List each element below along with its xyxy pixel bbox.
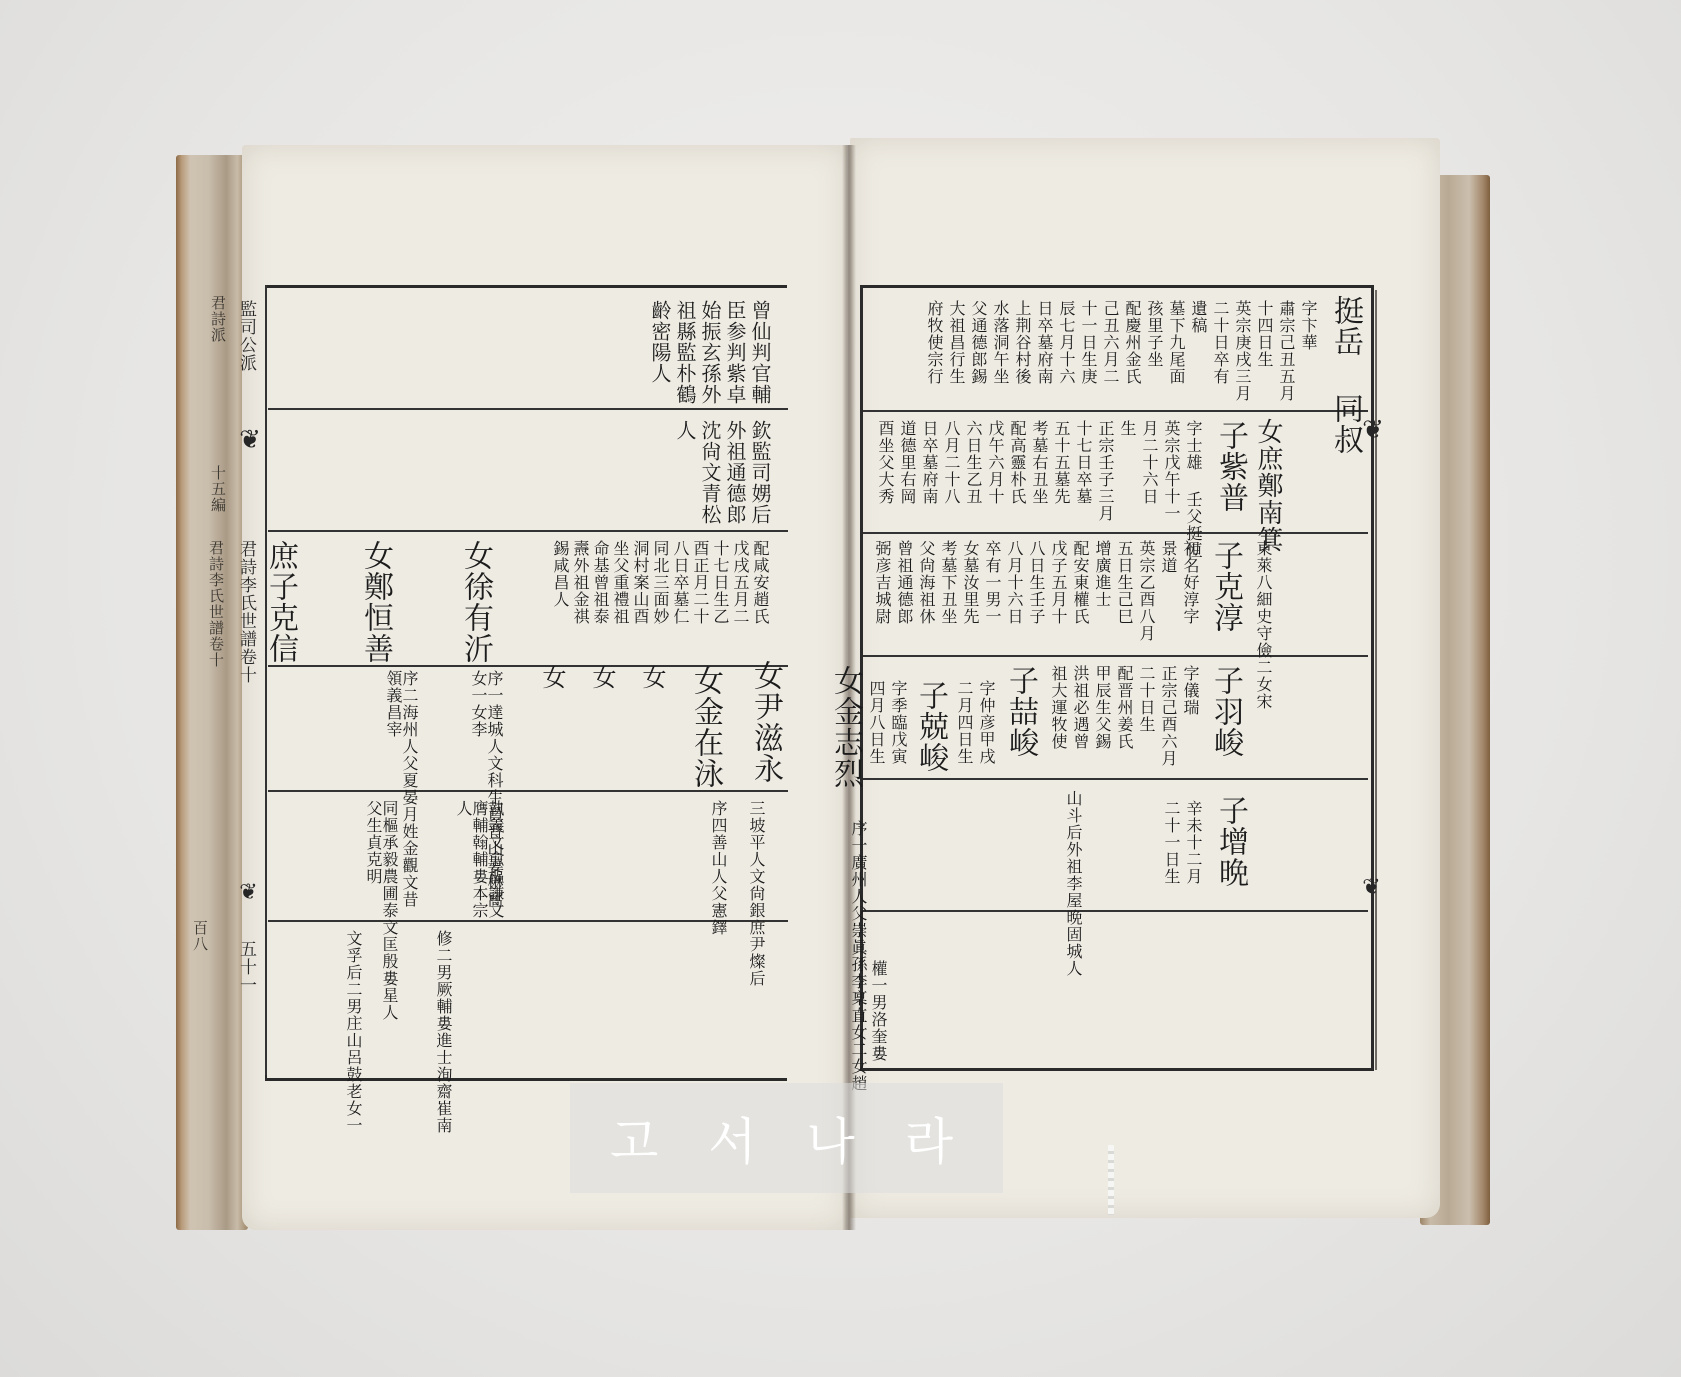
row-divider [268,530,788,532]
spine-page-number: 百八 [192,920,207,952]
text-col: 父尙海祖休 [918,540,934,625]
person-name: 子增晩 [1215,795,1245,888]
text-col: 道德里右岡 [899,420,915,505]
watermark-char: 라 [905,1102,963,1174]
text-col: 酉正月二十 [692,540,708,625]
text-col: 五十五墓先 [1053,420,1069,505]
text-col: 配咸安趙氏 [752,540,768,625]
text-col: 文孚后二男庄山呂鼓老女一 [345,930,361,1134]
text-col: 臣参判紫卓 [725,300,745,405]
text-col: 生 [1119,420,1135,437]
text-col: 日卒墓府南 [921,420,937,505]
spine-text-3: 君詩李氏世譜卷十 [208,540,223,668]
left-margin-rule [265,285,267,1075]
text-col: 八日生壬子 [1028,540,1044,625]
row-divider [268,408,788,410]
text-col: 墓下九尾面 [1168,300,1184,385]
row-divider [863,655,1368,657]
text-col: 配慶州金氏 [1124,300,1140,385]
text-col: 英宗戊午十一 [1163,420,1179,522]
text-col: 辛未十二月 [1185,800,1201,885]
daughter-marker: 女 [590,665,614,690]
row-divider [268,790,788,792]
book-title: 君詩李氏世譜卷十 [237,540,254,684]
right-margin-rule [1375,290,1377,1070]
text-col: 十七日生乙 [712,540,728,625]
text-col: 執義文愈樞謙文膺輔翰輔婁本宗人 [455,800,503,930]
text-col: 始振玄孫外 [700,300,720,405]
text-col: 考墓右丑坐 [1031,420,1047,505]
text-col: 配高靈朴氏 [1009,420,1025,505]
text-col: 正宗壬子三月 [1097,420,1113,522]
text-col: 祖大運牧使 [1050,665,1066,750]
text-col: 序四善山人父憲鐸 [710,800,726,936]
text-col: 字季臨戊寅 [890,680,906,765]
text-col: 英宗庚戌三月 [1234,300,1250,402]
daughter-name: 女金志烈 [830,665,860,789]
text-col: 錫咸昌人 [552,540,568,608]
text-col: 甲辰生父錫 [1094,665,1110,750]
text-col: 增廣進士 [1094,540,1110,608]
text-col: 字卞華 [1300,300,1316,351]
text-col: 卒有一男一 [984,540,1000,625]
text-col: 祖縣監朴鶴 [675,300,695,405]
person-name: 子紫普 [1215,420,1245,513]
text-col: 序一廣州人父崇眞孫李稟直女二女趙 [850,820,866,1100]
text-col: 孩里子坐 [1146,300,1162,368]
text-col: 曾祖通德郎 [896,540,912,625]
text-col: 二十一日生 [1163,800,1179,885]
person-name: 子兢峻 [915,680,945,773]
text-col: 十七日卒墓 [1075,420,1091,505]
text-col: 權一男洛奎婁 [870,960,886,1062]
row-divider [863,410,1368,412]
spine-text-1: 君詩派 [210,295,225,343]
watermark: 고 서 나 라 [570,1083,1003,1193]
text-col: 同北三面妙 [652,540,668,625]
page-number: 五十一 [237,940,254,994]
text-col: 二月四日生 [956,680,972,765]
text-col: 東萊八細史守儉二女宋 [1255,540,1271,710]
text-col: 大祖昌行生 [948,300,964,385]
fish-tail-mark-lower: ❦ [237,880,259,906]
daughter-marker: 女 [640,665,664,690]
person-name: 子克淳 [1210,540,1240,633]
text-col: 曾仙判官輔 [750,300,770,405]
person-name: 子喆峻 [1005,665,1035,758]
text-col: 字儀瑞 [1182,665,1198,716]
text-col: 戊午六月十 [987,420,1003,505]
text-col: 洞村案山酉 [632,540,648,625]
fish-tail-mark: ❦ [237,425,263,456]
text-col: 上荆谷村後 [1014,300,1030,385]
watermark-char: 고 [610,1102,668,1174]
text-col: 八日卒墓仁 [672,540,688,625]
text-col: 女墓汝里先 [962,540,978,625]
text-col: 十一日生庚 [1080,300,1096,385]
text-col: 英宗乙酉八月 [1138,540,1154,642]
text-col: 四月八日生 [868,680,884,765]
text-col: 戊戌五月二 [732,540,748,625]
text-col: 弼彦吉城尉 [874,540,890,625]
text-col: 二十日生 [1138,665,1154,733]
person-name: 女金在泳 [690,665,720,789]
row-divider [863,778,1368,780]
text-col: 修二男厥輔婁進士洵齋崔南 [435,930,451,1134]
person-name: 女尹滋永 [750,660,780,784]
text-col: 字士雄 壬父挺恒 [1185,420,1201,559]
text-col: 沈尙文青松 [700,420,720,525]
text-col: 配晋州姜氏 [1116,665,1132,750]
daughter-marker: 女 [540,665,564,690]
text-col: 日卒墓府南 [1036,300,1052,385]
text-col: 父通德郎錫 [970,300,986,385]
text-col: 六日生乙丑 [965,420,981,505]
text-col: 命基曾祖泰 [592,540,608,625]
fish-tail-mark-right: ❦ [1360,415,1386,446]
daughter-name: 女庶鄭南箕 [1255,418,1281,553]
text-col: 考墓下丑坐 [940,540,956,625]
spine-text-2: 十五編 [210,465,225,513]
text-col: 戊子五月十 [1050,540,1066,625]
text-col: 初名好淳字 [1182,540,1198,625]
text-col: 八月二十八 [943,420,959,505]
text-col: 月二十六日 [1141,420,1157,505]
text-col: 欽監司娚后 [750,420,770,525]
text-col: 五日生己巳 [1116,540,1132,625]
text-col: 酉坐父大秀 [877,420,893,505]
text-col: 府牧使宗行 [926,300,942,385]
text-col: 洪祖必遇曾 [1072,665,1088,750]
text-col: 燾外祖金祺 [572,540,588,625]
text-col: 二十日卒有 [1212,300,1228,385]
text-col: 配安東權氏 [1072,540,1088,625]
text-col: 景道 [1160,540,1176,574]
text-col: 外祖通德郎 [725,420,745,525]
text-col: 辰七月十六 [1058,300,1074,385]
text-col: 遺稿 [1190,300,1206,334]
text-col: 字仲彦甲戌 [978,680,994,765]
person-name: 挺岳 同叔 [1330,295,1360,455]
watermark-char: 나 [806,1102,864,1174]
person-name: 子羽峻 [1210,665,1240,758]
text-col: 正宗己酉六月 [1160,665,1176,767]
text-col: 坐父重禮祖 [612,540,628,625]
section-label: 監司公派 [237,300,254,372]
fish-tail-mark-right-lower: ❦ [1360,875,1382,901]
row-divider [863,532,1368,534]
person-name: 女鄭恒善 [360,540,390,664]
watermark-char: 서 [708,1102,766,1174]
text-col: 八月十六日 [1006,540,1022,625]
text-col: 山斗后外祖李屋晩固城人 [1065,790,1081,977]
text-col: 三坡平人文尙銀庶尹燦后 [748,800,764,1070]
person-name: 女徐有沂 [460,540,490,664]
text-col: 十四日生 [1256,300,1272,368]
row-divider [863,910,1368,912]
text-col: 同樞承毅農圃泰文匡殷婁星人父生貞克明 [365,800,397,1030]
text-col: 齡密陽人 [650,300,670,384]
text-col: 己丑六月二 [1102,300,1118,385]
text-col: 水落洞午坐 [992,300,1008,385]
text-col: 肅宗己丑五月 [1278,300,1294,402]
text-col: 人 [675,420,695,441]
bookmark-string [1108,1145,1114,1215]
person-name: 庶子克信 [265,540,295,664]
